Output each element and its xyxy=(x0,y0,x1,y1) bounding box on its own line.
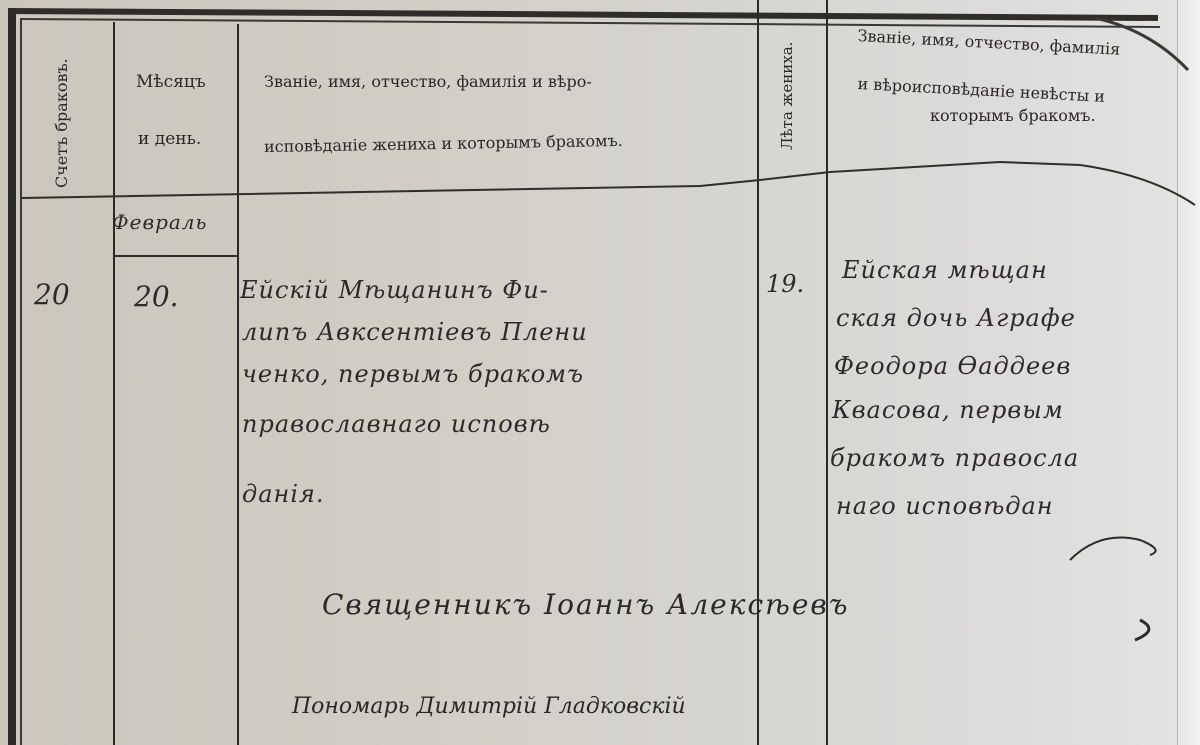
flourish xyxy=(0,0,1200,745)
document-page: Счетъ браковъ. Мѣсяцъ и день. Званіе, им… xyxy=(0,0,1200,745)
sexton-signature: Пономарь Димитрій Гладковскій xyxy=(292,694,686,719)
priest-signature: Священникъ Іоаннъ Алексѣевъ xyxy=(322,588,849,621)
